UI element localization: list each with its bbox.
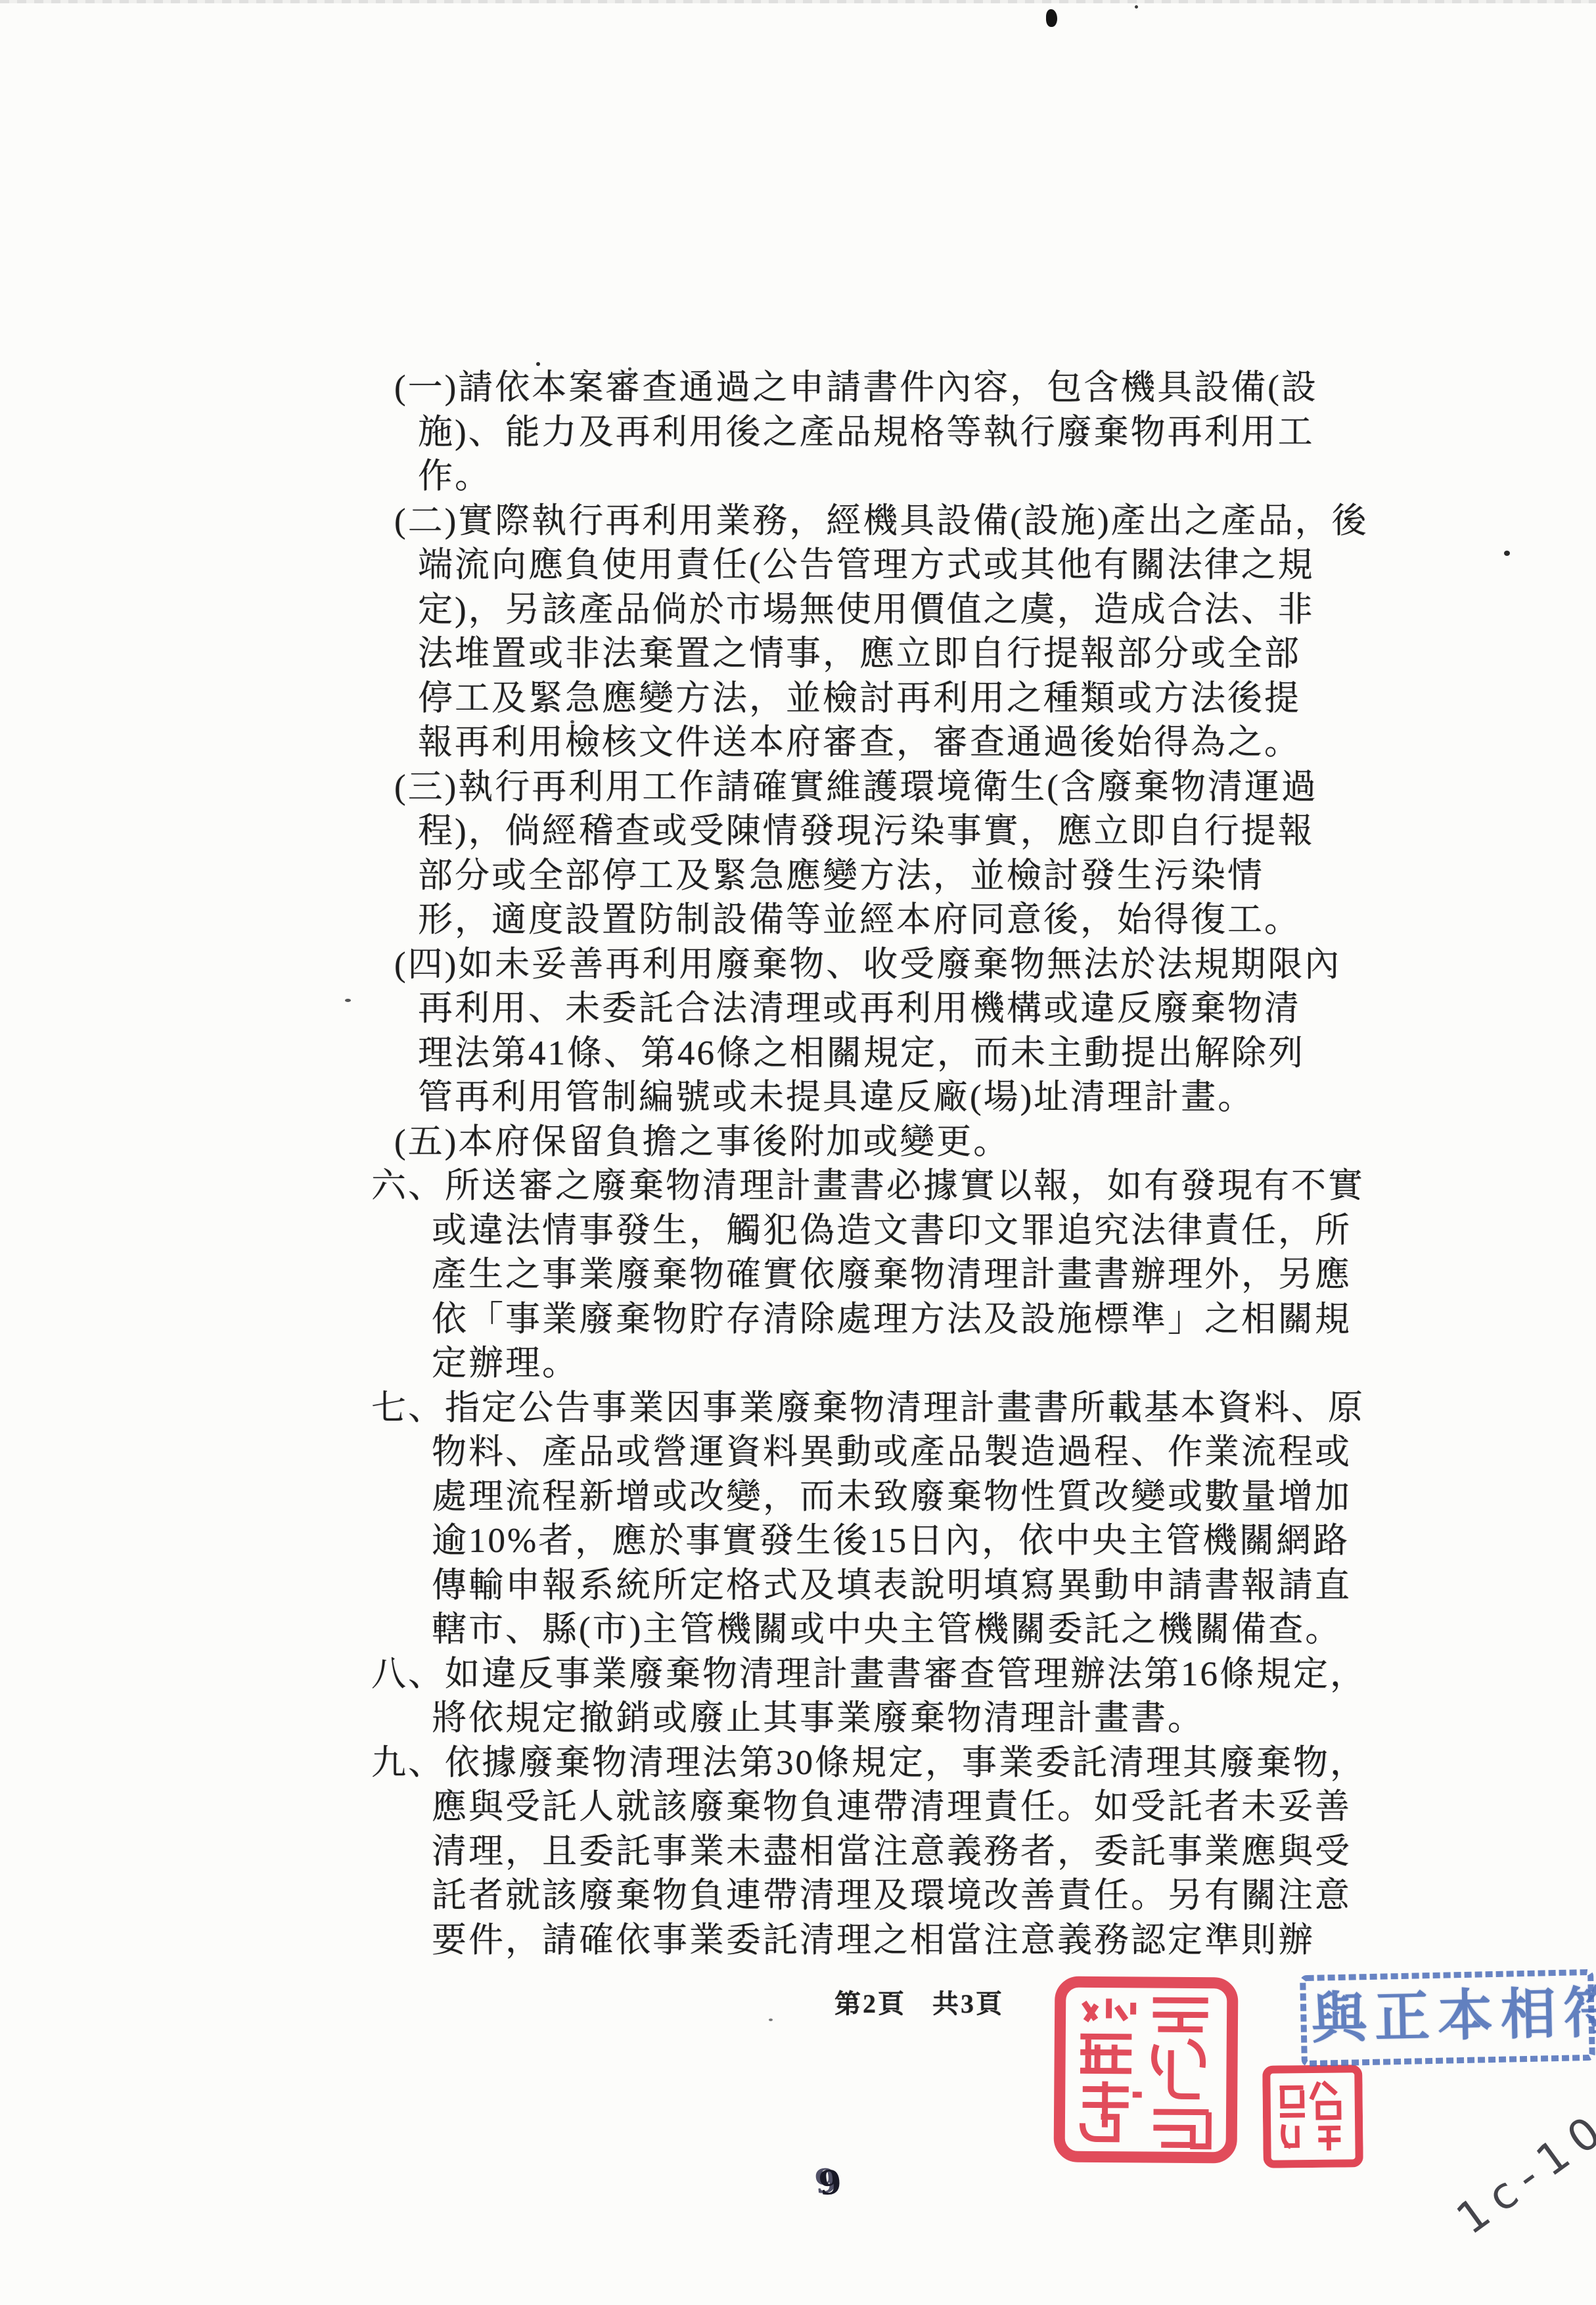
ink-speck bbox=[769, 2019, 773, 2021]
text-line: 八、如違反事業廢棄物清理計畫書審查管理辦法第16條規定， bbox=[0, 1653, 1596, 1697]
text-line: 要件，請確依事業委託清理之相當注意義務認定準則辦 bbox=[0, 1919, 1596, 1963]
text-line: 管再利用管制編號或未提具違反廠(場)址清理計畫。 bbox=[0, 1076, 1596, 1120]
text-line: 九、依據廢棄物清理法第30條規定，事業委託清理其廢棄物， bbox=[0, 1741, 1596, 1786]
text-line: 形，適度設置防制設備等並經本府同意後，始得復工。 bbox=[0, 898, 1596, 943]
pencil-annotation: 1c-10 bbox=[1448, 2101, 1596, 2245]
text-line: 理法第41條、第46條之相關規定，而未主動提出解除列 bbox=[0, 1032, 1596, 1076]
text-line: 部分或全部停工及緊急應變方法，並檢討發生污染情 bbox=[0, 854, 1596, 899]
text-line: 定辦理。 bbox=[0, 1342, 1596, 1386]
ink-speck bbox=[628, 367, 631, 371]
document-body: (一)請依本案審查通過之申請書件內容，包含機具設備(設施)、能力及再利用後之產品… bbox=[0, 366, 1596, 1963]
text-line: 報再利用檢核文件送本府審查，審查通過後始得為之。 bbox=[0, 721, 1596, 765]
small-red-seal-icon bbox=[1262, 2065, 1363, 2168]
text-line: 物料、產品或營運資料異動或產品製造過程、作業流程或 bbox=[0, 1430, 1596, 1475]
text-line: 轄市、縣(市)主管機關或中央主管機關委託之機關備查。 bbox=[0, 1608, 1596, 1653]
ink-speck bbox=[536, 362, 540, 366]
ink-speck bbox=[1504, 551, 1510, 556]
text-line: 或違法情事發生，觸犯偽造文書印文罪追究法律責任，所 bbox=[0, 1209, 1596, 1254]
text-line: (四)如未妥善再利用廢棄物、收受廢棄物無法於法規期限內 bbox=[0, 943, 1596, 988]
text-line: 法堆置或非法棄置之情事，應立即自行提報部分或全部 bbox=[0, 632, 1596, 677]
ink-speck bbox=[345, 999, 351, 1002]
text-line: (二)實際執行再利用業務，經機具設備(設施)產出之產品，後 bbox=[0, 499, 1596, 544]
text-line: 產生之事業廢棄物確實依廢棄物清理計畫書辦理外，另應 bbox=[0, 1253, 1596, 1298]
text-line: 停工及緊急應變方法，並檢討再利用之種類或方法後提 bbox=[0, 677, 1596, 721]
text-line: 逾10%者，應於事實發生後15日內，依中央主管機關網路 bbox=[0, 1519, 1596, 1564]
large-red-seal-icon bbox=[1053, 1976, 1239, 2164]
page-number: 第2頁 bbox=[834, 1989, 906, 2019]
text-line: 定)，另該產品倘於市場無使用價值之虞，造成合法、非 bbox=[0, 588, 1596, 633]
text-line: 清理，且委託事業未盡相當注意義務者，委託事業應與受 bbox=[0, 1830, 1596, 1875]
text-line: (一)請依本案審查通過之申請書件內容，包含機具設備(設 bbox=[0, 366, 1596, 411]
text-line: 處理流程新增或改變，而未致廢棄物性質改變或數量增加 bbox=[0, 1475, 1596, 1520]
text-line: 施)、能力及再利用後之產品規格等執行廢棄物再利用工 bbox=[0, 411, 1596, 455]
text-line: 託者就該廢棄物負連帶清理及環境改善責任。另有關注意 bbox=[0, 1874, 1596, 1919]
text-line: 程)，倘經稽查或受陳情發現污染事實，應立即自行提報 bbox=[0, 810, 1596, 854]
text-line: 再利用、未委託合法清理或再利用機構或違反廢棄物清 bbox=[0, 987, 1596, 1032]
text-line: 端流向應負使用責任(公告管理方式或其他有關法律之規 bbox=[0, 543, 1596, 588]
ink-speck bbox=[1135, 5, 1138, 9]
text-line: 應與受託人就該廢棄物負連帶清理責任。如受託者未妥善 bbox=[0, 1785, 1596, 1830]
text-line: (五)本府保留負擔之事後附加或變更。 bbox=[0, 1120, 1596, 1165]
text-line: 六、所送審之廢棄物清理計畫書必據實以報，如有發現有不實 bbox=[0, 1164, 1596, 1209]
text-line: 作。 bbox=[0, 455, 1596, 499]
ink-digit-mark: 9 bbox=[817, 2162, 844, 2202]
text-line: 依「事業廢棄物貯存清除處理方法及設施標準」之相關規 bbox=[0, 1298, 1596, 1342]
page-total: 共3頁 bbox=[932, 1989, 1004, 2019]
text-line: 七、指定公告事業因事業廢棄物清理計畫書所載基本資料、原 bbox=[0, 1386, 1596, 1431]
text-line: 將依規定撤銷或廢止其事業廢棄物清理計畫書。 bbox=[0, 1697, 1596, 1741]
scanned-document-page: (一)請依本案審查通過之申請書件內容，包含機具設備(設施)、能力及再利用後之產品… bbox=[0, 0, 1596, 2305]
page-footer: 第2頁共3頁 bbox=[834, 1983, 1004, 2020]
certified-copy-stamp: 與正本相符 bbox=[1299, 1968, 1596, 2067]
ink-blob bbox=[1046, 9, 1057, 27]
ink-speck bbox=[570, 720, 574, 723]
text-line: 傳輸申報系統所定格式及填表說明填寫異動申請書報請直 bbox=[0, 1564, 1596, 1609]
certified-copy-stamp-text: 與正本相符 bbox=[1311, 1978, 1584, 2057]
scanner-edge-artifact bbox=[0, 0, 1596, 3]
text-line: (三)執行再利用工作請確實維護環境衛生(含廢棄物清運過 bbox=[0, 765, 1596, 810]
